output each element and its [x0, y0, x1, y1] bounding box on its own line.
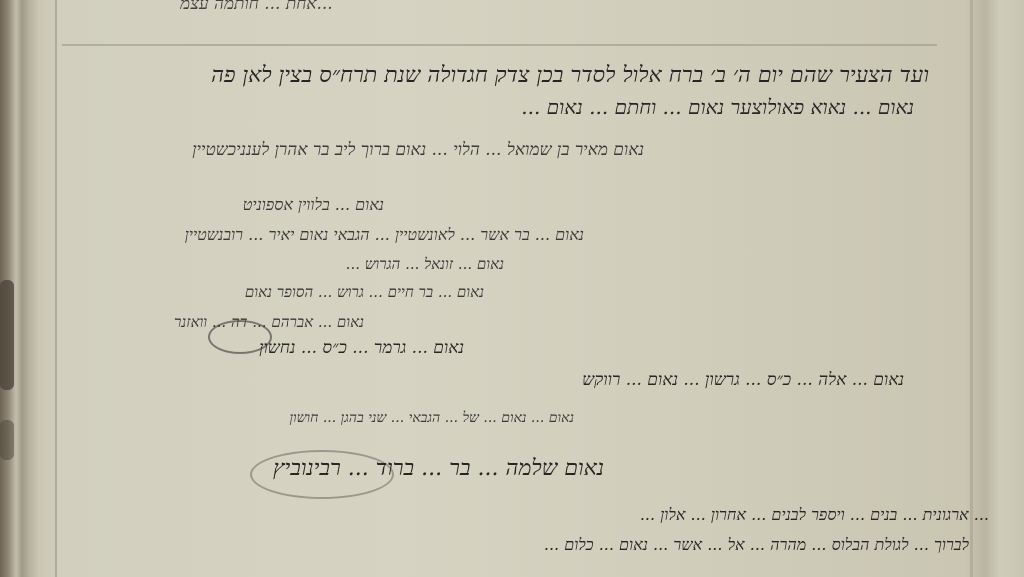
handwritten-line-14: לברוך ... לגולת הבלוס ... מהרה ... אל ..…	[544, 535, 969, 555]
handwritten-line-9: נאום ... גרמר ... כ״ס ... נחשון	[259, 338, 464, 358]
signature-flourish	[208, 320, 272, 354]
handwritten-line-1: ועד הצעיר שהם יום ה׳ ב׳ ברח אלול לסדר בכ…	[211, 62, 929, 88]
book-binding	[0, 0, 40, 577]
manuscript-photo: ...אחת ... חותמה עצמ ועד הצעיר שהם יום ה…	[0, 0, 1024, 577]
previous-entry-fragment: ...אחת ... חותמה עצמ	[180, 0, 333, 14]
handwritten-line-13: ... ארגונית ... בנים ... ויספר לבנים ...…	[640, 505, 989, 525]
handwritten-line-2: נאום ... נאוא פאולוצער נאום ... וחתם ...…	[521, 95, 914, 120]
signature-flourish	[250, 450, 394, 499]
handwritten-line-6: נאום ... זונאל ... הגרוש ...	[346, 255, 504, 274]
handwritten-line-10: נאום ... אלה ... כ״ס ... גרשון ... נאום …	[582, 370, 904, 390]
ruled-divider	[62, 44, 937, 46]
handwritten-line-5: נאום ... בר אשר ... לאונשטיין ... הגבאי …	[185, 225, 584, 245]
page-edge-left	[55, 0, 57, 577]
handwritten-line-11: נאום ... נאום ... של ... הגבאי ... שני ב…	[289, 410, 574, 427]
handwritten-line-3: נאום מאיר בן שמואל ... הלוי ... נאום ברו…	[192, 140, 644, 160]
page-edge-right	[970, 0, 973, 577]
handwritten-line-4: נאום ... בלווין אספוניט	[243, 195, 384, 215]
handwritten-line-7: נאום ... בר חיים ... גרוש ... הסופר נאום	[245, 283, 484, 302]
